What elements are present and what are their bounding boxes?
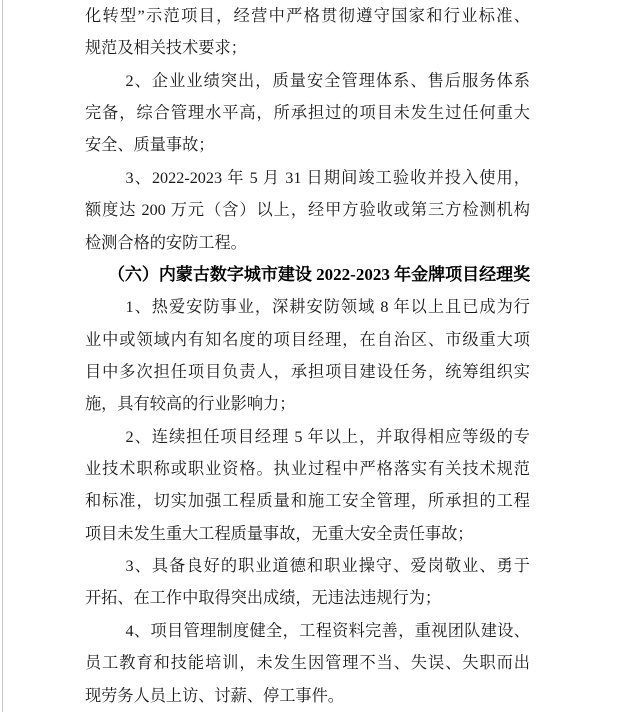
text-line: 额度达 200 万元（含）以上，经甲方验收或第三方检测机构 [85, 194, 530, 226]
text-line: 3、具备良好的职业道德和职业操守、爱岗敬业、勇于 [85, 550, 530, 582]
text-line: 完备，综合管理水平高，所承担过的项目未发生过任何重大 [85, 97, 530, 129]
text-line: 项目未发生重大工程质量事故，无重大安全责任事故； [85, 518, 530, 550]
text-line: 业中或领域内有知名度的项目经理，在自治区、市级重大项 [85, 324, 530, 356]
paragraph: 1、热爱安防事业，深耕安防领域 8 年以上且已成为行 业中或领域内有知名度的项目… [85, 291, 530, 420]
text-line: 4、项目管理制度健全，工程资料完善，重视团队建设、 [85, 615, 530, 647]
text-line: 员工教育和技能培训，未发生因管理不当、失误、失职而出 [85, 647, 530, 679]
paragraph: 3、2022-2023 年 5 月 31 日期间竣工验收并投入使用， 额度达 2… [85, 162, 530, 259]
section-heading-text: （六）内蒙古数字城市建设 2022-2023 年金牌项目经理奖 [85, 259, 530, 291]
text-line: 2、连续担任项目经理 5 年以上，并取得相应等级的专 [85, 421, 530, 453]
text-line: 施，具有较高的行业影响力； [85, 388, 530, 420]
document-content: 化转型”示范项目，经营中严格贯彻遵守国家和行业标准、 规范及相关技术要求； 2、… [85, 0, 530, 712]
text-line: 规范及相关技术要求； [85, 32, 530, 64]
paragraph: 4、项目管理制度健全，工程资料完善，重视团队建设、 员工教育和技能培训，未发生因… [85, 615, 530, 712]
page-left-edge [2, 0, 3, 712]
section-heading: （六）内蒙古数字城市建设 2022-2023 年金牌项目经理奖 [85, 259, 530, 291]
paragraph: 2、企业业绩突出，质量安全管理体系、售后服务体系 完备，综合管理水平高，所承担过… [85, 65, 530, 162]
text-line: 目中多次担任项目负责人，承担项目建设任务，统筹组织实 [85, 356, 530, 388]
paragraph: 3、具备良好的职业道德和职业操守、爱岗敬业、勇于 开拓、在工作中取得突出成绩，无… [85, 550, 530, 615]
text-line: 开拓、在工作中取得突出成绩，无违法违规行为； [85, 582, 530, 614]
paragraph: 化转型”示范项目，经营中严格贯彻遵守国家和行业标准、 规范及相关技术要求； [85, 0, 530, 65]
paragraph: 2、连续担任项目经理 5 年以上，并取得相应等级的专 业技术职称或职业资格。执业… [85, 421, 530, 550]
text-line: 和标准，切实加强工程质量和施工安全管理，所承担的工程 [85, 485, 530, 517]
text-line: 2、企业业绩突出，质量安全管理体系、售后服务体系 [85, 65, 530, 97]
text-line: 安全、质量事故； [85, 129, 530, 161]
text-line: 3、2022-2023 年 5 月 31 日期间竣工验收并投入使用， [85, 162, 530, 194]
text-line: 业技术职称或职业资格。执业过程中严格落实有关技术规范 [85, 453, 530, 485]
text-line: 检测合格的安防工程。 [85, 227, 530, 259]
text-line: 1、热爱安防事业，深耕安防领域 8 年以上且已成为行 [85, 291, 530, 323]
text-line: 现劳务人员上访、讨薪、停工事件。 [85, 680, 530, 712]
text-line: 化转型”示范项目，经营中严格贯彻遵守国家和行业标准、 [85, 0, 530, 32]
